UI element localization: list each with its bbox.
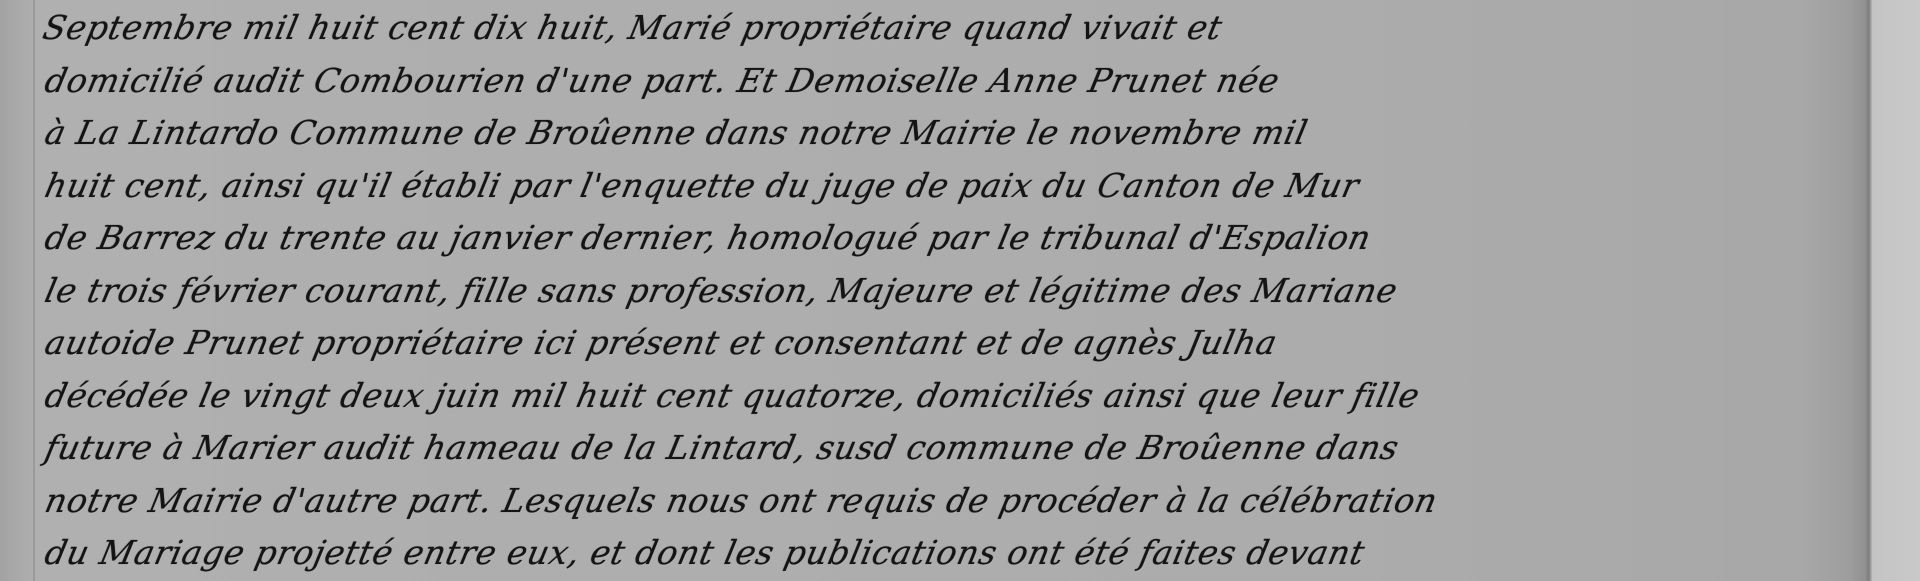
text-line-1: Septembre mil huit cent dix huit, Marié … xyxy=(38,2,1869,55)
left-margin-rule xyxy=(33,0,35,581)
text-line-6: le trois février courant, fille sans pro… xyxy=(38,265,1869,318)
text-line-10: notre Mairie d'autre part. Lesquels nous… xyxy=(38,475,1869,528)
handwritten-text-block: Septembre mil huit cent dix huit, Marié … xyxy=(38,2,1858,580)
text-line-2: domicilié audit Combourien d'une part. E… xyxy=(38,55,1869,108)
text-line-3: à La Lintardo Commune de Broûenne dans n… xyxy=(38,107,1869,160)
register-page-scan: Septembre mil huit cent dix huit, Marié … xyxy=(0,0,1920,581)
text-line-4: huit cent, ainsi qu'il établi par l'enqu… xyxy=(38,160,1869,213)
text-line-7: autoide Prunet propriétaire ici présent … xyxy=(38,317,1869,370)
text-line-9: future à Marier audit hameau de la Linta… xyxy=(38,422,1869,475)
page-binding-edge xyxy=(1866,0,1872,581)
text-line-5: de Barrez du trente au janvier dernier, … xyxy=(38,212,1869,265)
text-line-8: décédée le vingt deux juin mil huit cent… xyxy=(38,370,1869,423)
text-line-11: du Mariage projetté entre eux, et dont l… xyxy=(38,527,1869,580)
